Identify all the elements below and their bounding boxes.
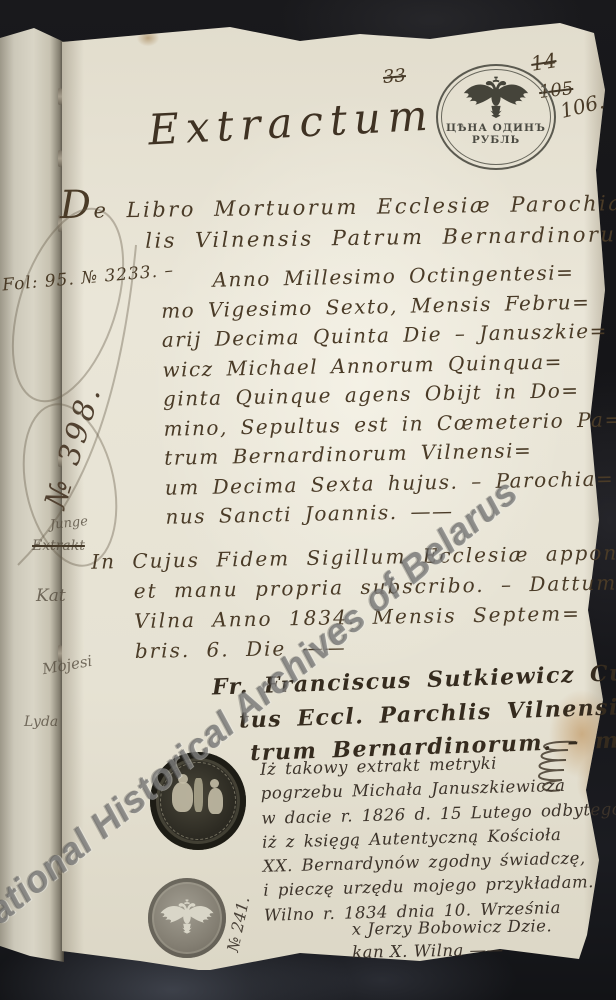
binding-stitch bbox=[58, 150, 62, 167]
margin-note-struck: Extrakt bbox=[32, 538, 85, 554]
seal-center-motif bbox=[194, 778, 203, 812]
revenue-stamp: ЦѢНА ОДИНЪ РУБЛЬ bbox=[436, 64, 556, 170]
struck-page-number-14: 14 bbox=[529, 48, 558, 76]
certification-signature-lines-1: kan X. Wilna —— bbox=[352, 937, 553, 963]
margin-note-kat: Kat bbox=[36, 586, 66, 606]
heading-lines-1: lis Vilnensis Patrum Bernardinorum bbox=[145, 219, 616, 257]
stamp-inner-ring bbox=[441, 69, 551, 165]
certification-lines: Iż takowy extrakt metrykipogrzebu Michał… bbox=[260, 748, 616, 928]
seal-figure-right-head bbox=[210, 779, 219, 788]
margin-note-pencil-2: Lyda bbox=[24, 714, 58, 730]
archival-document-scan: 33 14 105 106. ЦѢНА ОДИНЪ РУБЛЬ Extractu… bbox=[0, 0, 616, 1000]
struck-page-number-33: 33 bbox=[382, 65, 407, 88]
certification-signature-lines-0: x Jerzy Bobowicz Dzie. bbox=[352, 914, 553, 940]
double-headed-eagle-icon bbox=[158, 899, 216, 937]
seal-figure-right bbox=[208, 788, 223, 814]
heading-lines: De Libro Mortuorum Ecclesiæ Parochia=lis… bbox=[60, 182, 616, 258]
imperial-eagle-seal-icon bbox=[148, 878, 226, 958]
certification-signature-lines: x Jerzy Bobowicz Dzie.kan X. Wilna —— bbox=[352, 914, 553, 963]
binding-stitch bbox=[58, 88, 62, 105]
death-record-lines: Anno Millesimo Octingentesi=mo Vigesimo … bbox=[160, 257, 616, 532]
